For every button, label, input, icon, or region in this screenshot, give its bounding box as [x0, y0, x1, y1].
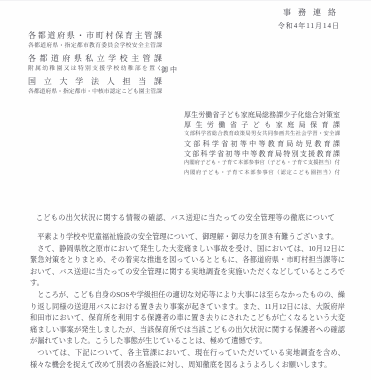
recipient-line: 各都道府県・指定都市・中核市認定こども園主管課	[28, 87, 162, 98]
sender-list: 厚生労働省子ども家庭局総務課少子化総合対策室 厚生労働省子ども家庭局保育課 文部…	[184, 111, 340, 179]
sender-line: 文部科学省初等中等教育局特別支援教育課	[184, 150, 340, 160]
sender-line: 内閣府子ども・子育て本部参事官（子ども・子育て支援担当）付	[184, 159, 340, 169]
sender-line: 内閣府子ども・子育て本部参事官（認定こども園担当）付	[184, 169, 340, 179]
recipient-list: 各都道府県・市町村保育主管課 各都道府県・指定都市教育委員会学校安全主管課 各都…	[28, 30, 162, 98]
recipient-honorific: 御中	[161, 65, 179, 75]
body-paragraph: ついては、下記について、各主管課において、現在行っていただいている実地調査を含め…	[30, 348, 345, 371]
sender-line: 厚生労働省子ども家庭局保育課	[184, 121, 340, 131]
recipient-line: 附属幼稚園又は特別支援学校幼稚部を置く	[28, 64, 162, 75]
document-header: 事務連絡 令和4年11月14日	[278, 7, 340, 31]
document-page: 事務連絡 令和4年11月14日 各都道府県・市町村保育主管課 各都道府県・指定都…	[0, 0, 371, 380]
sender-line: 厚生労働省子ども家庭局総務課少子化総合対策室	[184, 111, 340, 121]
document-date: 令和4年11月14日	[278, 21, 340, 31]
body-paragraph: 平素より学校や児童福祉施設の安全管理について、御理解・御尽力を頂き有難うございま…	[30, 232, 345, 244]
sender-line: 文部科学省初等中等教育局幼児教育課	[184, 140, 340, 150]
document-title: こどもの出欠状況に関する情報の確認、バス送迎に当たっての安全管理等の徹底について	[0, 213, 371, 223]
body-paragraph: さて、静岡県牧之原市において発生した大変痛ましい事故を受け、国においては、10月…	[30, 244, 345, 290]
sender-line: 文部科学省総合教育政策局男女共同参画共生社会学習・安全課	[184, 130, 340, 140]
document-body: 平素より学校や児童福祉施設の安全管理について、御理解・御尽力を頂き有難うございま…	[30, 232, 345, 371]
recipient-line: 国立大学法人担当課	[28, 76, 162, 87]
body-paragraph: ところが、こども自身のSOSや学級担任の適切な対応等により大事には至らなかったも…	[30, 290, 345, 348]
recipient-line: 各都道府県・指定都市教育委員会学校安全主管課	[28, 41, 162, 52]
document-type-label: 事務連絡	[278, 7, 343, 18]
recipient-line: 各都道府県私立学校主管課	[28, 53, 162, 64]
recipient-line: 各都道府県・市町村保育主管課	[28, 30, 162, 41]
